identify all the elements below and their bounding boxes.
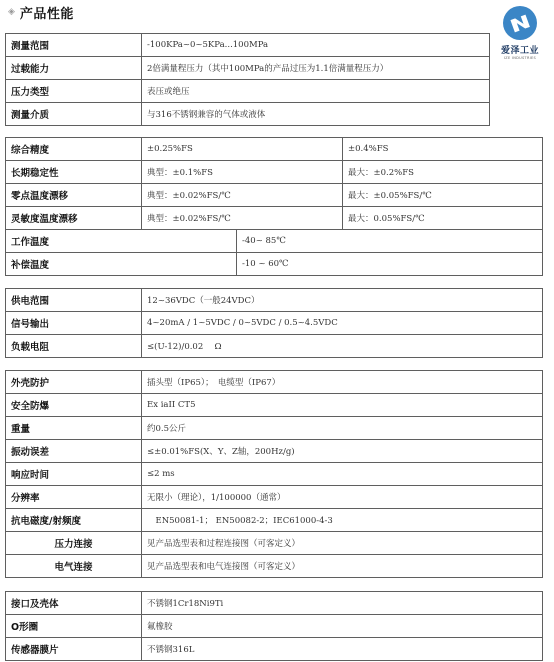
spec-value: 表压或绝压 [142, 80, 490, 103]
table-row: 供电范围 12~36VDC（一般24VDC） [6, 289, 543, 312]
spec-value: 12~36VDC（一般24VDC） [142, 289, 543, 312]
spec-max: ±0.4%FS [343, 138, 543, 161]
spec-typical: 典型：±0.02%FS/℃ [142, 184, 343, 207]
table-row: 传感器膜片 不锈钢316L [6, 638, 543, 661]
spec-value: EN50081-1； EN50082-2；IEC61000-4-3 [142, 509, 543, 532]
spec-max: 最大：±0.05%FS/℃ [343, 184, 543, 207]
az-logo-icon [503, 6, 537, 40]
table-row: 安全防爆 Ex iaII CT5 [6, 394, 543, 417]
spec-max: 最大：0.05%FS/℃ [343, 207, 543, 230]
spec-max: 最大：±0.2%FS [343, 161, 543, 184]
spec-label: 补偿温度 [6, 253, 237, 276]
diamond-bullet-icon: ◈ [8, 7, 15, 17]
spec-table-mechanical: 外壳防护 插头型（IP65）； 电缆型（IP67） 安全防爆 Ex iaII C… [5, 370, 543, 578]
table-row: 分辨率 无限小（理论），1/100000（通常） [6, 486, 543, 509]
spec-table-electrical: 供电范围 12~36VDC（一般24VDC） 信号输出 4~20mA / 1~5… [5, 288, 543, 358]
table-row: 测量范围 -100KPa~0~5KPa...100MPa [6, 34, 490, 57]
table-row: 压力类型 表压或绝压 [6, 80, 490, 103]
spec-value: 2倍满量程压力（其中100MPa的产品过压为1.1倍满量程压力） [142, 57, 490, 80]
spec-label: O形圈 [6, 615, 142, 638]
table-row: 补偿温度 -10 ~ 60℃ [6, 253, 543, 276]
table-row: 测量介质 与316不锈钢兼容的气体或液体 [6, 103, 490, 126]
spec-typical: 典型：±0.1%FS [142, 161, 343, 184]
spec-value: -40~ 85℃ [237, 230, 543, 253]
table-row: 重量 约0.5公斤 [6, 417, 543, 440]
spec-label: 供电范围 [6, 289, 142, 312]
spec-value: 不锈钢1Cr18Ni9Ti [142, 592, 543, 615]
table-row: 抗电磁度/射频度 EN50081-1； EN50082-2；IEC61000-4… [6, 509, 543, 532]
spec-label: 接口及壳体 [6, 592, 142, 615]
spec-value: -10 ~ 60℃ [237, 253, 543, 276]
table-row: 电气连接 见产品选型表和电气连接图（可客定义） [6, 555, 543, 578]
spec-value: ≤2 ms [142, 463, 543, 486]
spec-label: 分辨率 [6, 486, 142, 509]
spec-table-range: 测量范围 -100KPa~0~5KPa...100MPa 过载能力 2倍满量程压… [5, 33, 490, 126]
table-row: 综合精度 ±0.25%FS ±0.4%FS [6, 138, 543, 161]
spec-label: 传感器膜片 [6, 638, 142, 661]
table-row: 零点温度漂移 典型：±0.02%FS/℃ 最大：±0.05%FS/℃ [6, 184, 543, 207]
spec-label: 电气连接 [6, 555, 142, 578]
table-row: 灵敏度温度漂移 典型：±0.02%FS/℃ 最大：0.05%FS/℃ [6, 207, 543, 230]
table-row: 接口及壳体 不锈钢1Cr18Ni9Ti [6, 592, 543, 615]
table-row: 负载电阻 ≤(U-12)/0.02 Ω [6, 335, 543, 358]
spec-value: Ex iaII CT5 [142, 394, 543, 417]
spec-value: 4~20mA / 1~5VDC / 0~5VDC / 0.5~4.5VDC [142, 312, 543, 335]
spec-value: -100KPa~0~5KPa...100MPa [142, 34, 490, 57]
table-row: 压力连接 见产品选型表和过程连接图（可客定义） [6, 532, 543, 555]
spec-label: 灵敏度温度漂移 [6, 207, 142, 230]
spec-label: 压力连接 [6, 532, 142, 555]
section-heading: ◈ 产品性能 [8, 2, 74, 22]
table-row: 外壳防护 插头型（IP65）； 电缆型（IP67） [6, 371, 543, 394]
spec-label: 负载电阻 [6, 335, 142, 358]
logo-name-en: IZE INDUSTRIES [494, 56, 546, 60]
page-title: 产品性能 [20, 3, 74, 22]
table-row: 振动误差 ≤±0.01%FS(X、Y、Z轴，200Hz/g) [6, 440, 543, 463]
spec-label: 抗电磁度/射频度 [6, 509, 142, 532]
spec-value: 与316不锈钢兼容的气体或液体 [142, 103, 490, 126]
spec-value: 见产品选型表和电气连接图（可客定义） [142, 555, 543, 578]
spec-label: 信号输出 [6, 312, 142, 335]
spec-value: ≤±0.01%FS(X、Y、Z轴，200Hz/g) [142, 440, 543, 463]
spec-label: 测量范围 [6, 34, 142, 57]
spec-value: 氟橡胶 [142, 615, 543, 638]
table-row: 信号输出 4~20mA / 1~5VDC / 0~5VDC / 0.5~4.5V… [6, 312, 543, 335]
table-row: 工作温度 -40~ 85℃ [6, 230, 543, 253]
spec-label: 测量介质 [6, 103, 142, 126]
spec-label: 工作温度 [6, 230, 237, 253]
spec-typical: ±0.25%FS [142, 138, 343, 161]
spec-label: 响应时间 [6, 463, 142, 486]
spec-label: 压力类型 [6, 80, 142, 103]
spec-value: 不锈钢316L [142, 638, 543, 661]
spec-value: ≤(U-12)/0.02 Ω [142, 335, 543, 358]
spec-value: 见产品选型表和过程连接图（可客定义） [142, 532, 543, 555]
spec-label: 综合精度 [6, 138, 142, 161]
spec-label: 重量 [6, 417, 142, 440]
spec-value: 插头型（IP65）； 电缆型（IP67） [142, 371, 543, 394]
spec-table-materials: 接口及壳体 不锈钢1Cr18Ni9Ti O形圈 氟橡胶 传感器膜片 不锈钢316… [5, 591, 543, 661]
spec-label: 安全防爆 [6, 394, 142, 417]
table-row: 响应时间 ≤2 ms [6, 463, 543, 486]
logo-name-cn: 爱泽工业 [494, 43, 546, 56]
table-row: 长期稳定性 典型：±0.1%FS 最大：±0.2%FS [6, 161, 543, 184]
spec-label: 过载能力 [6, 57, 142, 80]
spec-table-accuracy: 综合精度 ±0.25%FS ±0.4%FS 长期稳定性 典型：±0.1%FS 最… [5, 137, 543, 276]
spec-typical: 典型：±0.02%FS/℃ [142, 207, 343, 230]
spec-label: 外壳防护 [6, 371, 142, 394]
spec-label: 零点温度漂移 [6, 184, 142, 207]
spec-label: 长期稳定性 [6, 161, 142, 184]
table-row: O形圈 氟橡胶 [6, 615, 543, 638]
company-logo: 爱泽工业 IZE INDUSTRIES [494, 6, 546, 60]
spec-value: 约0.5公斤 [142, 417, 543, 440]
spec-label: 振动误差 [6, 440, 142, 463]
table-row: 过载能力 2倍满量程压力（其中100MPa的产品过压为1.1倍满量程压力） [6, 57, 490, 80]
spec-value: 无限小（理论），1/100000（通常） [142, 486, 543, 509]
